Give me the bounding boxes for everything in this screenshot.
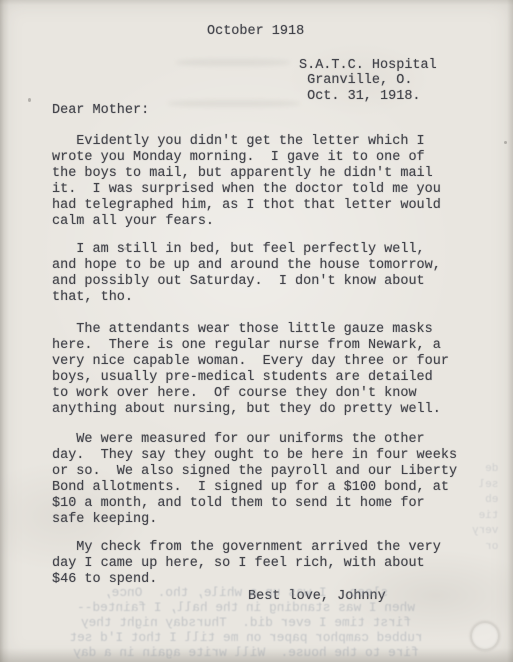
ink-smudge [176,59,290,66]
paragraph-3: The attendants wear those little gauze m… [52,322,449,418]
ring-stain [470,621,500,651]
paragraph-2: I am still in bed, but feel perfectly we… [52,242,441,306]
paper-speck [504,141,507,144]
sender-address-block: S.A.T.C. Hospital Granville, O. Oct. 31,… [299,58,437,104]
paragraph-1: Evidently you didn't get the letter whic… [52,134,441,230]
salutation: Dear Mother: [52,103,149,119]
bleedthrough-text: sleep. I was up a while, tho. Once, when… [28,585,464,660]
date-heading: October 1918 [207,24,304,40]
paragraph-4: We were measured for our uniforms the ot… [52,432,457,528]
paragraph-5: My check from the government arrived the… [52,540,441,588]
ink-smudge [168,100,300,107]
paper-speck [28,98,31,102]
bleedthrough-edge-fragments: de sel eb tie very or [472,462,498,555]
letter-page: October 1918 S.A.T.C. Hospital Granville… [0,0,513,662]
